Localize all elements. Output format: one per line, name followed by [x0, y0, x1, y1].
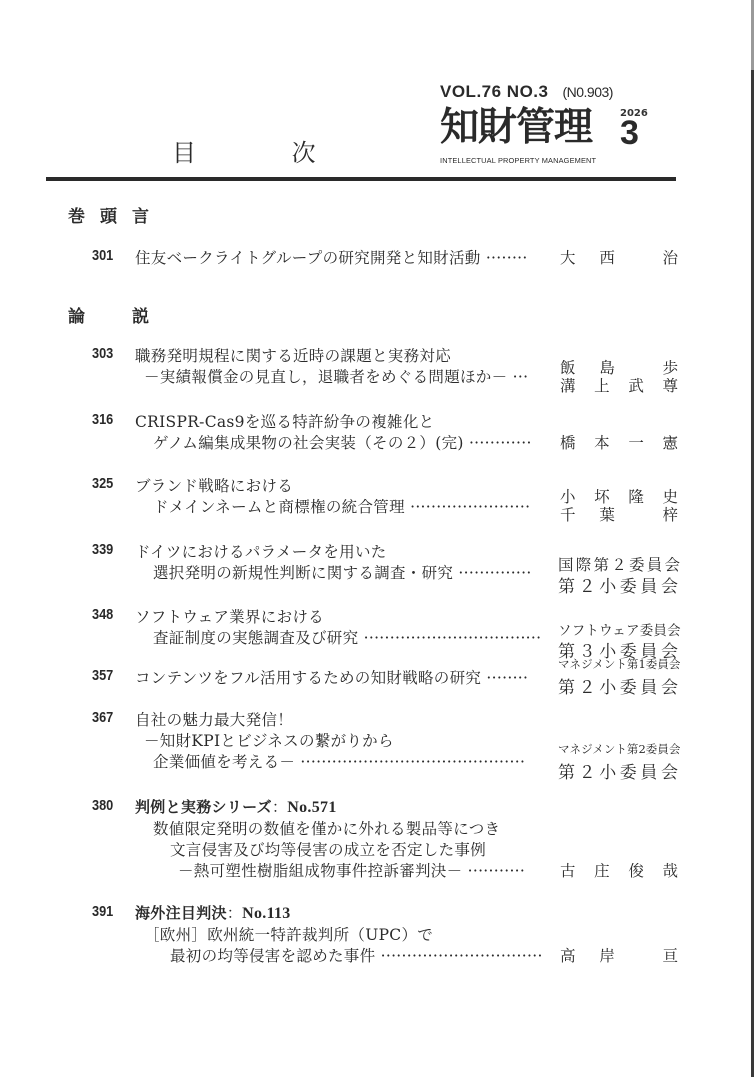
author: 大 西 治 [560, 246, 678, 268]
entry-title-line: コンテンツをフル活用するための知財戦略の研究 ········ [135, 666, 528, 688]
author-char: 亘 [662, 944, 678, 966]
series-title: 判例と実務シリーズ [135, 798, 272, 816]
author-char: 治 [662, 246, 678, 268]
author: 高 岸 亘 [560, 944, 678, 966]
header-rule [46, 177, 676, 181]
series-number: No.571 [287, 799, 336, 816]
author: 千 葉 梓 [560, 503, 678, 525]
magazine-subtitle: INTELLECTUAL PROPERTY MANAGEMENT [440, 156, 662, 165]
entry-title-line: 査証制度の実態調査及び研究 ··························… [153, 626, 541, 648]
page-number: 316 [92, 411, 113, 428]
entry-title-line: 最初の均等侵害を認めた事件 ··························… [170, 944, 543, 966]
entry-title-line: ドイツにおけるパラメータを用いた [135, 540, 387, 562]
author-char: 武 [628, 374, 644, 396]
subcommittee-name: 第２小委員会 [558, 758, 680, 783]
entry-title-line: 数値限定発明の数値を僅かに外れる製品等につき [153, 817, 500, 839]
entry-title-line: ブランド戦略における [135, 474, 293, 496]
author-char: 千 [560, 503, 576, 525]
author-char: 溝 [560, 374, 576, 396]
series-heading: 判例と実務シリーズ：No.571 [135, 796, 337, 817]
committee-name: マネジメント第2委員会 [558, 741, 680, 757]
heading-char: 説 [132, 302, 149, 327]
entry-title-line: 企業価値を考える－ ······························… [153, 750, 525, 772]
entry-title-line: ドメインネームと商標権の統合管理 ······················· [153, 495, 530, 517]
entry-title-line: 自社の魅力最大発信！ [135, 708, 293, 730]
author-char: 岸 [599, 944, 615, 966]
heading-char: 巻 [68, 202, 85, 227]
page-number: 357 [92, 667, 113, 684]
page-number: 325 [92, 475, 113, 492]
author-char: 大 [560, 246, 576, 268]
author: 橋 本 一 憲 [560, 431, 678, 453]
volume-line: VOL.76 NO.3(N0.903) [440, 82, 662, 102]
masthead: VOL.76 NO.3(N0.903) 知財管理 2026 3 INTELLEC… [440, 82, 662, 165]
entry-title-line: ［欧州］欧州統一特許裁判所（UPC）で [144, 923, 433, 945]
series-heading: 海外注目判決：No.113 [135, 902, 291, 923]
entry-title-line: ソフトウェア業界における [135, 605, 324, 627]
page-number: 380 [92, 797, 113, 814]
page-number: 301 [92, 247, 113, 264]
heading-char: 言 [132, 202, 149, 227]
heading-char: 頭 [100, 202, 117, 227]
heading-char: 論 [68, 302, 85, 327]
entry-title-line: －熱可塑性樹脂組成物事件控訴審判決－ ··········· [178, 859, 525, 881]
author-char: 橋 [560, 431, 576, 453]
author-char: 尊 [662, 374, 678, 396]
author-char: 高 [560, 944, 576, 966]
author-char: 一 [628, 431, 644, 453]
entry-title: 住友ベークライトグループの研究開発と知財活動 ········ [135, 246, 528, 268]
author-char: 梓 [662, 503, 678, 525]
issue-number: (N0.903) [562, 84, 612, 100]
series-colon: ： [272, 798, 287, 816]
series-colon: ： [227, 904, 242, 922]
page-number: 367 [92, 709, 113, 726]
volume-number: VOL.76 NO.3 [440, 82, 548, 101]
page-number: 339 [92, 541, 113, 558]
magazine-title: 知財管理 [440, 104, 592, 152]
page-number: 391 [92, 903, 113, 920]
committee-name: マネジメント第1委員会 [558, 656, 680, 672]
toc-title: 目 次 [172, 133, 360, 168]
entry-title-line: ゲノム編集成果物の社会実装（その２）(完) ············ [153, 431, 532, 453]
issue-month: 3 [620, 114, 639, 153]
author: 古 庄 俊 哉 [560, 859, 678, 881]
author-char: 俊 [628, 859, 644, 881]
series-number: No.113 [242, 905, 290, 922]
entry-title-line: CRISPR-Cas9を巡る特許紛争の複雑化と [135, 410, 434, 432]
author-char: 古 [560, 859, 576, 881]
subcommittee-name: 第２小委員会 [558, 673, 680, 698]
entry-title-line: 文言侵害及び均等侵害の成立を否定した事例 [170, 838, 486, 860]
entry-title-line: －実績報償金の見直し，退職者をめぐる問題ほか－ ··· [144, 365, 528, 387]
page-number: 348 [92, 606, 113, 623]
title-row: 知財管理 2026 3 [440, 104, 662, 154]
subcommittee-name: 第２小委員会 [558, 572, 680, 597]
committee-name: ソフトウェア委員会 [558, 619, 680, 639]
entry-title-line: －知財KPIとビジネスの繋がりから [144, 729, 394, 751]
series-title: 海外注目判決 [135, 904, 227, 922]
author-char: 上 [594, 374, 610, 396]
author-char: 本 [594, 431, 610, 453]
entry-title-line: 選択発明の新規性判断に関する調査・研究 ·············· [153, 561, 532, 583]
page-number: 303 [92, 345, 113, 362]
author-char: 哉 [662, 859, 678, 881]
author-char: 庄 [594, 859, 610, 881]
author-char: 西 [599, 246, 615, 268]
author-char: 葉 [599, 503, 615, 525]
entry-title-line: 職務発明規程に関する近時の課題と実務対応 [135, 344, 451, 366]
author-char: 憲 [662, 431, 678, 453]
author: 溝 上 武 尊 [560, 374, 678, 396]
